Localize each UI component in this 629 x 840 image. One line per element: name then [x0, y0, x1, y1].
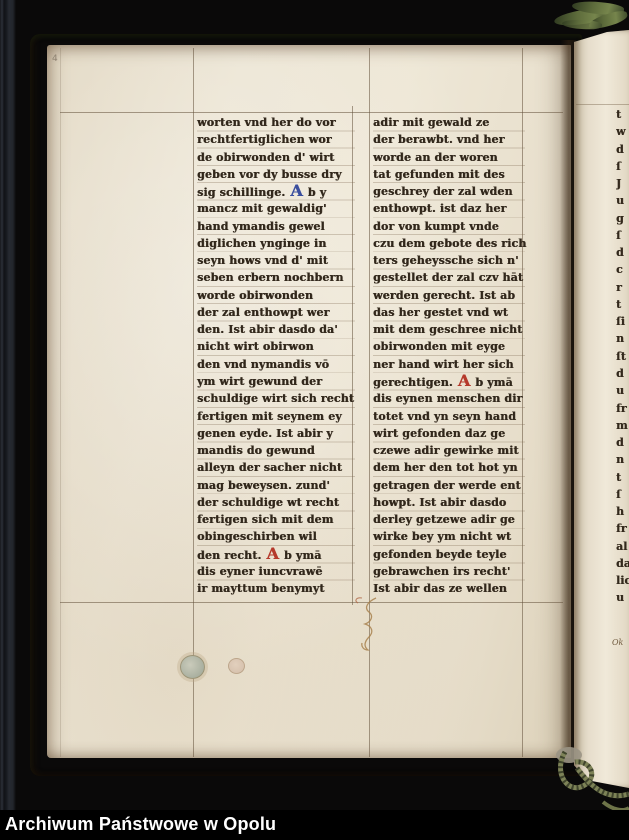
text-fragment: u — [616, 382, 629, 399]
text-line: wirke bey ym nicht wt — [373, 528, 525, 545]
wax-spot — [180, 655, 205, 679]
text-line: geben vor dy busse dry — [197, 166, 355, 183]
text-line: fertigen sich mit dem — [197, 511, 355, 528]
text-line: wirt gefonden daz ge — [373, 425, 525, 442]
text-fragment: r — [616, 279, 629, 296]
text-line: diglichen ynginge in — [197, 235, 355, 252]
text-line: schuldige wirt sich recht — [197, 390, 355, 407]
text-line: dis eyner iuncvrawē — [197, 563, 355, 580]
archive-name-label: Archiwum Państwowe w Opolu — [0, 810, 629, 839]
text-fragment: d — [616, 365, 629, 382]
text-line: derley getzewe adir ge — [373, 511, 525, 528]
text-line: adir mit gewald ze — [373, 114, 525, 131]
text-line: gestellet der zal czv hāt — [373, 269, 525, 286]
text-fragment: fr — [616, 400, 629, 417]
text-line: genen eyde. Ist abir y — [197, 425, 355, 442]
text-line: seyn hows vnd d' mit — [197, 252, 355, 269]
text-line: rechtfertiglichen wor — [197, 131, 355, 148]
text-line: gebrawchen irs recht' — [373, 563, 525, 580]
text-fragment: h — [616, 503, 629, 520]
illuminated-initial: A — [265, 544, 280, 563]
text-line: mag beweysen. zund' — [197, 477, 355, 494]
text-fragment: m — [616, 417, 629, 434]
text-line: den recht. A b ymā — [197, 546, 355, 563]
text-line: worde obirwonden — [197, 287, 355, 304]
text-line: ner hand wirt her sich — [373, 356, 525, 373]
text-line: gerechtigen. A b ymā — [373, 373, 525, 390]
text-line: ym wirt gewund der — [197, 373, 355, 390]
folio-number: 4 — [52, 54, 58, 64]
text-line: howpt. Ist abir dasdo — [373, 494, 525, 511]
text-column-left: worten vnd her do vorrechtfertiglichen w… — [197, 114, 355, 597]
scan-cradle-edge — [0, 0, 16, 812]
text-fragment: al — [616, 538, 629, 555]
text-fragment: ſt — [616, 348, 629, 365]
text-fragment: d — [616, 244, 629, 261]
text-line: mit dem geschree nicht — [373, 321, 525, 338]
endband-tuft-icon — [552, 0, 629, 36]
text-fragment: d — [616, 141, 629, 158]
text-line: der berawbt. vnd her — [373, 131, 525, 148]
text-fragment: t — [616, 296, 629, 313]
text-fragment: fr — [616, 520, 629, 537]
text-fragment: ſi — [616, 313, 629, 330]
text-fragment: ſ — [616, 227, 629, 244]
text-line: sig schillinge. A b y — [197, 183, 355, 200]
text-fragment: lic — [616, 572, 629, 589]
text-line: mancz mit gewaldig' — [197, 200, 355, 217]
text-line: ir mayttum benymyt — [197, 580, 355, 597]
archival-photo-viewport: 4 worten vnd her do vorrechtfertiglichen… — [0, 0, 629, 840]
text-line: tat gefunden mit des — [373, 166, 525, 183]
text-line: der zal enthowpt wer — [197, 304, 355, 321]
text-line: getragen der werde ent — [373, 477, 525, 494]
text-line: enthowpt. ist daz her — [373, 200, 525, 217]
text-line: czewe adir gewirke mit — [373, 442, 525, 459]
text-line: worten vnd her do vor — [197, 114, 355, 131]
text-fragment: c — [616, 261, 629, 278]
text-line: de obirwonden d' wirt — [197, 149, 355, 166]
text-line: nicht wirt obirwon — [197, 338, 355, 355]
text-line: gefonden beyde teyle — [373, 546, 525, 563]
marginal-note: Ok — [612, 638, 623, 647]
text-fragment: ſ — [616, 486, 629, 503]
pen-flourish — [352, 594, 386, 654]
text-fragment: t — [616, 106, 629, 123]
text-line: dor von kumpt vnde — [373, 218, 525, 235]
text-line: Ist abir das ze wellen — [373, 580, 525, 597]
text-line: dem her den tot hot yn — [373, 459, 525, 476]
text-fragment: u — [616, 589, 629, 606]
facing-page-ruling — [576, 104, 629, 105]
text-line: mandis do gewund — [197, 442, 355, 459]
text-line: den vnd nymandis vō — [197, 356, 355, 373]
footer-caption-bar: Archiwum Państwowe w Opolu — [0, 810, 629, 840]
text-line: obirwonden mit eyge — [373, 338, 525, 355]
illuminated-initial: A — [289, 181, 304, 200]
book-gutter-shadow — [560, 40, 576, 762]
text-line: geschrey der zal wden — [373, 183, 525, 200]
footer-ruling — [60, 602, 563, 603]
bookmark-cords-icon — [543, 742, 629, 818]
text-line: der schuldige wt recht — [197, 494, 355, 511]
header-ruling — [60, 112, 563, 113]
text-fragment: g — [616, 210, 629, 227]
text-fragment: n — [616, 330, 629, 347]
text-line: fertigen mit seynem ey — [197, 408, 355, 425]
text-fragment: u — [616, 192, 629, 209]
text-fragment: w — [616, 123, 629, 140]
text-fragment: ſ — [616, 158, 629, 175]
text-line: seben erbern nochbern — [197, 269, 355, 286]
text-line: den. Ist abir dasdo da' — [197, 321, 355, 338]
text-column-right: adir mit gewald zeder berawbt. vnd herwo… — [373, 114, 525, 597]
text-line: ters geheyssche sich n' — [373, 252, 525, 269]
text-line: totet vnd yn seyn hand — [373, 408, 525, 425]
text-line: hand ymandis gewel — [197, 218, 355, 235]
facing-page-text-fragments: twdſJugſdcrtſinſtdufrmdntſhfraldalicu — [616, 106, 629, 618]
text-line: das her gestet vnd wt — [373, 304, 525, 321]
text-line: czu dem gebote des rich — [373, 235, 525, 252]
column-ruling — [193, 48, 194, 757]
text-fragment: d — [616, 434, 629, 451]
text-line: dis eynen menschen dir — [373, 390, 525, 407]
text-fragment: J — [616, 175, 629, 192]
text-line: alleyn der sacher nicht — [197, 459, 355, 476]
text-fragment: t — [616, 469, 629, 486]
illuminated-initial: A — [457, 371, 472, 390]
text-fragment: n — [616, 451, 629, 468]
text-line: werden gerecht. Ist ab — [373, 287, 525, 304]
text-line: worde an der woren — [373, 149, 525, 166]
margin-ruling — [60, 48, 61, 757]
wax-spot — [228, 658, 245, 674]
text-fragment: da — [616, 555, 629, 572]
